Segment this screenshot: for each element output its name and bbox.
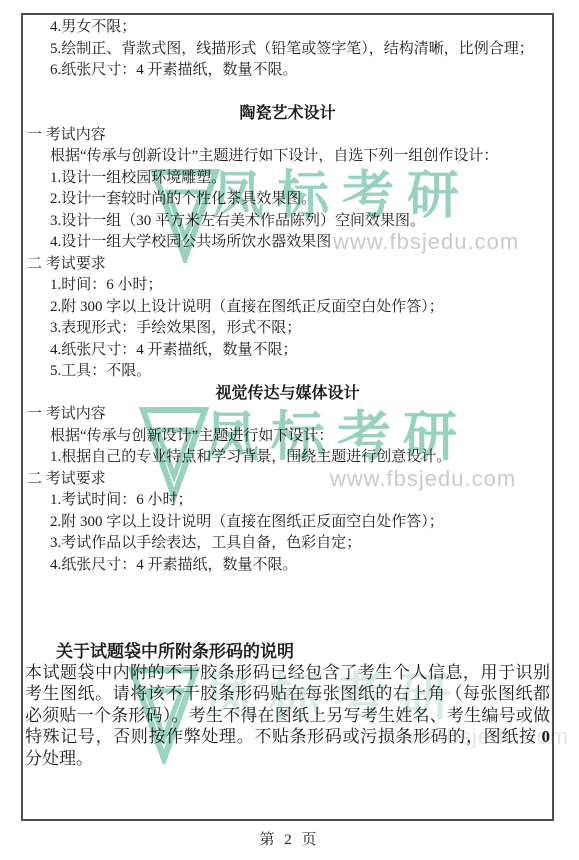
exam-brief: 根据“传承与创新设计”主题进行如下设计，自选下列一组创作设计： <box>25 146 550 168</box>
page-number: 第 2 页 <box>0 828 579 849</box>
document-page: 4.男女不限； 5.绘制正、背款式图，线描形式（铅笔或签字笔），结构清晰，比例合… <box>0 0 579 860</box>
section-title-visual: 视觉传达与媒体设计 <box>25 383 550 405</box>
list-item: 2.附 300 字以上设计说明（直接在图纸正反面空白处作答）； <box>25 512 550 534</box>
notice-text: 本试题袋中内附的不干胶条形码已经包含了考生个人信息，用于识别考生图纸。请将该不干… <box>25 663 550 746</box>
exam-brief: 根据“传承与创新设计”主题进行如下设计： <box>25 426 550 448</box>
notice-zero: 0 <box>542 727 551 746</box>
list-item: 1.设计一组校园环境雕塑。 <box>25 168 550 190</box>
list-item: 4.设计一组大学校园公共场所饮水器效果图 <box>25 232 550 254</box>
barcode-notice-title: 关于试题袋中所附条形码的说明 <box>25 641 550 663</box>
list-item: 1.根据自己的专业特点和学习背景，围绕主题进行创意设计。 <box>25 447 550 469</box>
notice-text: 分处理。 <box>25 749 93 768</box>
intro-item: 5.绘制正、背款式图，线描形式（铅笔或签字笔），结构清晰，比例合理； <box>25 39 550 61</box>
section-title-ceramic: 陶瓷艺术设计 <box>25 103 550 125</box>
exam-requirements-label: 二 考试要求 <box>25 254 550 276</box>
list-item: 1.考试时间：6 小时； <box>25 490 550 512</box>
exam-requirements-label: 二 考试要求 <box>25 469 550 491</box>
page-frame: 4.男女不限； 5.绘制正、背款式图，线描形式（铅笔或签字笔），结构清晰，比例合… <box>21 13 554 821</box>
intro-item: 4.男女不限； <box>25 17 550 39</box>
page-content: 4.男女不限； 5.绘制正、背款式图，线描形式（铅笔或签字笔），结构清晰，比例合… <box>25 17 550 769</box>
list-item: 2.设计一套较时尚的个性化茶具效果图。 <box>25 189 550 211</box>
exam-content-label: 一 考试内容 <box>25 125 550 147</box>
exam-content-label: 一 考试内容 <box>25 404 550 426</box>
barcode-notice-paragraph: 本试题袋中内附的不干胶条形码已经包含了考生个人信息，用于识别考生图纸。请将该不干… <box>25 662 550 769</box>
intro-item: 6.纸张尺寸：4 开素描纸，数量不限。 <box>25 60 550 82</box>
list-item: 1.时间：6 小时； <box>25 275 550 297</box>
list-item: 4.纸张尺寸：4 开素描纸，数量不限； <box>25 340 550 362</box>
list-item: 2.附 300 字以上设计说明（直接在图纸正反面空白处作答）； <box>25 297 550 319</box>
list-item: 5.工具：不限。 <box>25 361 550 383</box>
list-item: 3.考试作品以手绘表达，工具自备，色彩自定； <box>25 533 550 555</box>
list-item: 3.表现形式：手绘效果图，形式不限； <box>25 318 550 340</box>
list-item: 3.设计一组（30 平方米左右美术作品陈列）空间效果图。 <box>25 211 550 233</box>
list-item: 4.纸张尺寸：4 开素描纸，数量不限。 <box>25 555 550 577</box>
